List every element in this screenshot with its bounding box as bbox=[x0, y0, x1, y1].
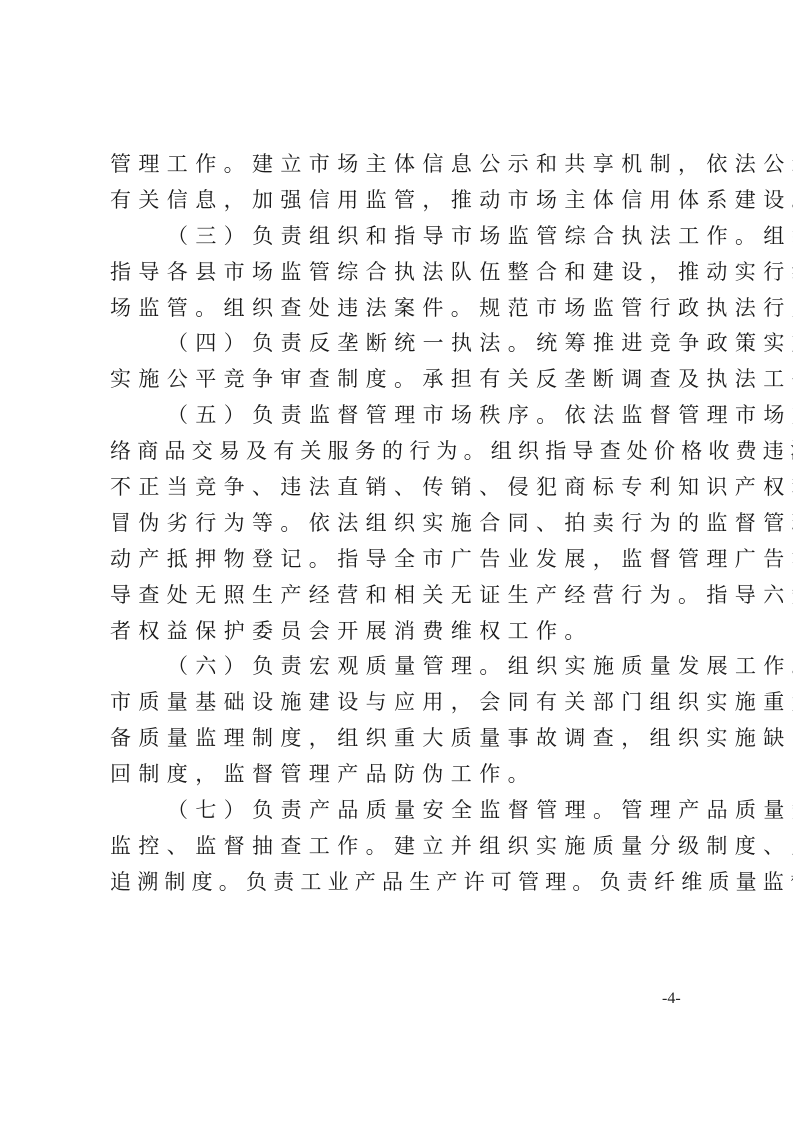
text-line: （六）负责宏观质量管理。组织实施质量发展工作。统筹全 bbox=[110, 649, 690, 685]
paragraph-item-5: （五）负责监督管理市场秩序。依法监督管理市场交易、网 络商品交易及有关服务的行为… bbox=[110, 398, 690, 649]
text-line: 指导各县市场监管综合执法队伍整合和建设，推动实行统一的市 bbox=[110, 255, 690, 291]
text-line: 导查处无照生产经营和相关无证生产经营行为。指导六安市消费 bbox=[110, 578, 690, 614]
text-line: 监控、监督抽查工作。建立并组织实施质量分级制度、质量安全 bbox=[110, 829, 690, 865]
document-page: 管理工作。建立市场主体信息公示和共享机制，依法公示和共享 有关信息，加强信用监管… bbox=[0, 0, 793, 1122]
text-line: 者权益保护委员会开展消费维权工作。 bbox=[110, 614, 690, 650]
text-line: 管理工作。建立市场主体信息公示和共享机制，依法公示和共享 bbox=[110, 147, 690, 183]
paragraph-item-6: （六）负责宏观质量管理。组织实施质量发展工作。统筹全 市质量基础设施建设与应用，… bbox=[110, 649, 690, 793]
paragraph-item-4: （四）负责反垄断统一执法。统筹推进竞争政策实施，组织 实施公平竞争审查制度。承担… bbox=[110, 326, 690, 398]
document-body: 管理工作。建立市场主体信息公示和共享机制，依法公示和共享 有关信息，加强信用监管… bbox=[110, 147, 690, 901]
text-line: （七）负责产品质量安全监督管理。管理产品质量安全风险 bbox=[110, 793, 690, 829]
text-line: 市质量基础设施建设与应用，会同有关部门组织实施重大工程设 bbox=[110, 685, 690, 721]
text-line: （三）负责组织和指导市场监管综合执法工作。组织市级、 bbox=[110, 219, 690, 255]
text-line: 不正当竞争、违法直销、传销、侵犯商标专利知识产权和制售假 bbox=[110, 470, 690, 506]
paragraph-item-7: （七）负责产品质量安全监督管理。管理产品质量安全风险 监控、监督抽查工作。建立并… bbox=[110, 793, 690, 901]
text-line: 场监管。组织查处违法案件。规范市场监管行政执法行为。 bbox=[110, 291, 690, 327]
text-line: 备质量监理制度，组织重大质量事故调查，组织实施缺陷产品召 bbox=[110, 721, 690, 757]
text-line: 有关信息，加强信用监管，推动市场主体信用体系建设。 bbox=[110, 183, 690, 219]
text-line: 冒伪劣行为等。依法组织实施合同、拍卖行为的监督管理，管理 bbox=[110, 506, 690, 542]
text-line: （四）负责反垄断统一执法。统筹推进竞争政策实施，组织 bbox=[110, 326, 690, 362]
text-line: 回制度，监督管理产品防伪工作。 bbox=[110, 757, 690, 793]
text-line: 追溯制度。负责工业产品生产许可管理。负责纤维质量监督工作。 bbox=[110, 865, 690, 901]
page-number: -4- bbox=[662, 990, 681, 1008]
text-line: 动产抵押物登记。指导全市广告业发展，监督管理广告活动。指 bbox=[110, 542, 690, 578]
text-line: 络商品交易及有关服务的行为。组织指导查处价格收费违法违规、 bbox=[110, 434, 690, 470]
text-line: （五）负责监督管理市场秩序。依法监督管理市场交易、网 bbox=[110, 398, 690, 434]
paragraph-continuation: 管理工作。建立市场主体信息公示和共享机制，依法公示和共享 有关信息，加强信用监管… bbox=[110, 147, 690, 219]
paragraph-item-3: （三）负责组织和指导市场监管综合执法工作。组织市级、 指导各县市场监管综合执法队… bbox=[110, 219, 690, 327]
text-line: 实施公平竞争审查制度。承担有关反垄断调查及执法工作。 bbox=[110, 362, 690, 398]
